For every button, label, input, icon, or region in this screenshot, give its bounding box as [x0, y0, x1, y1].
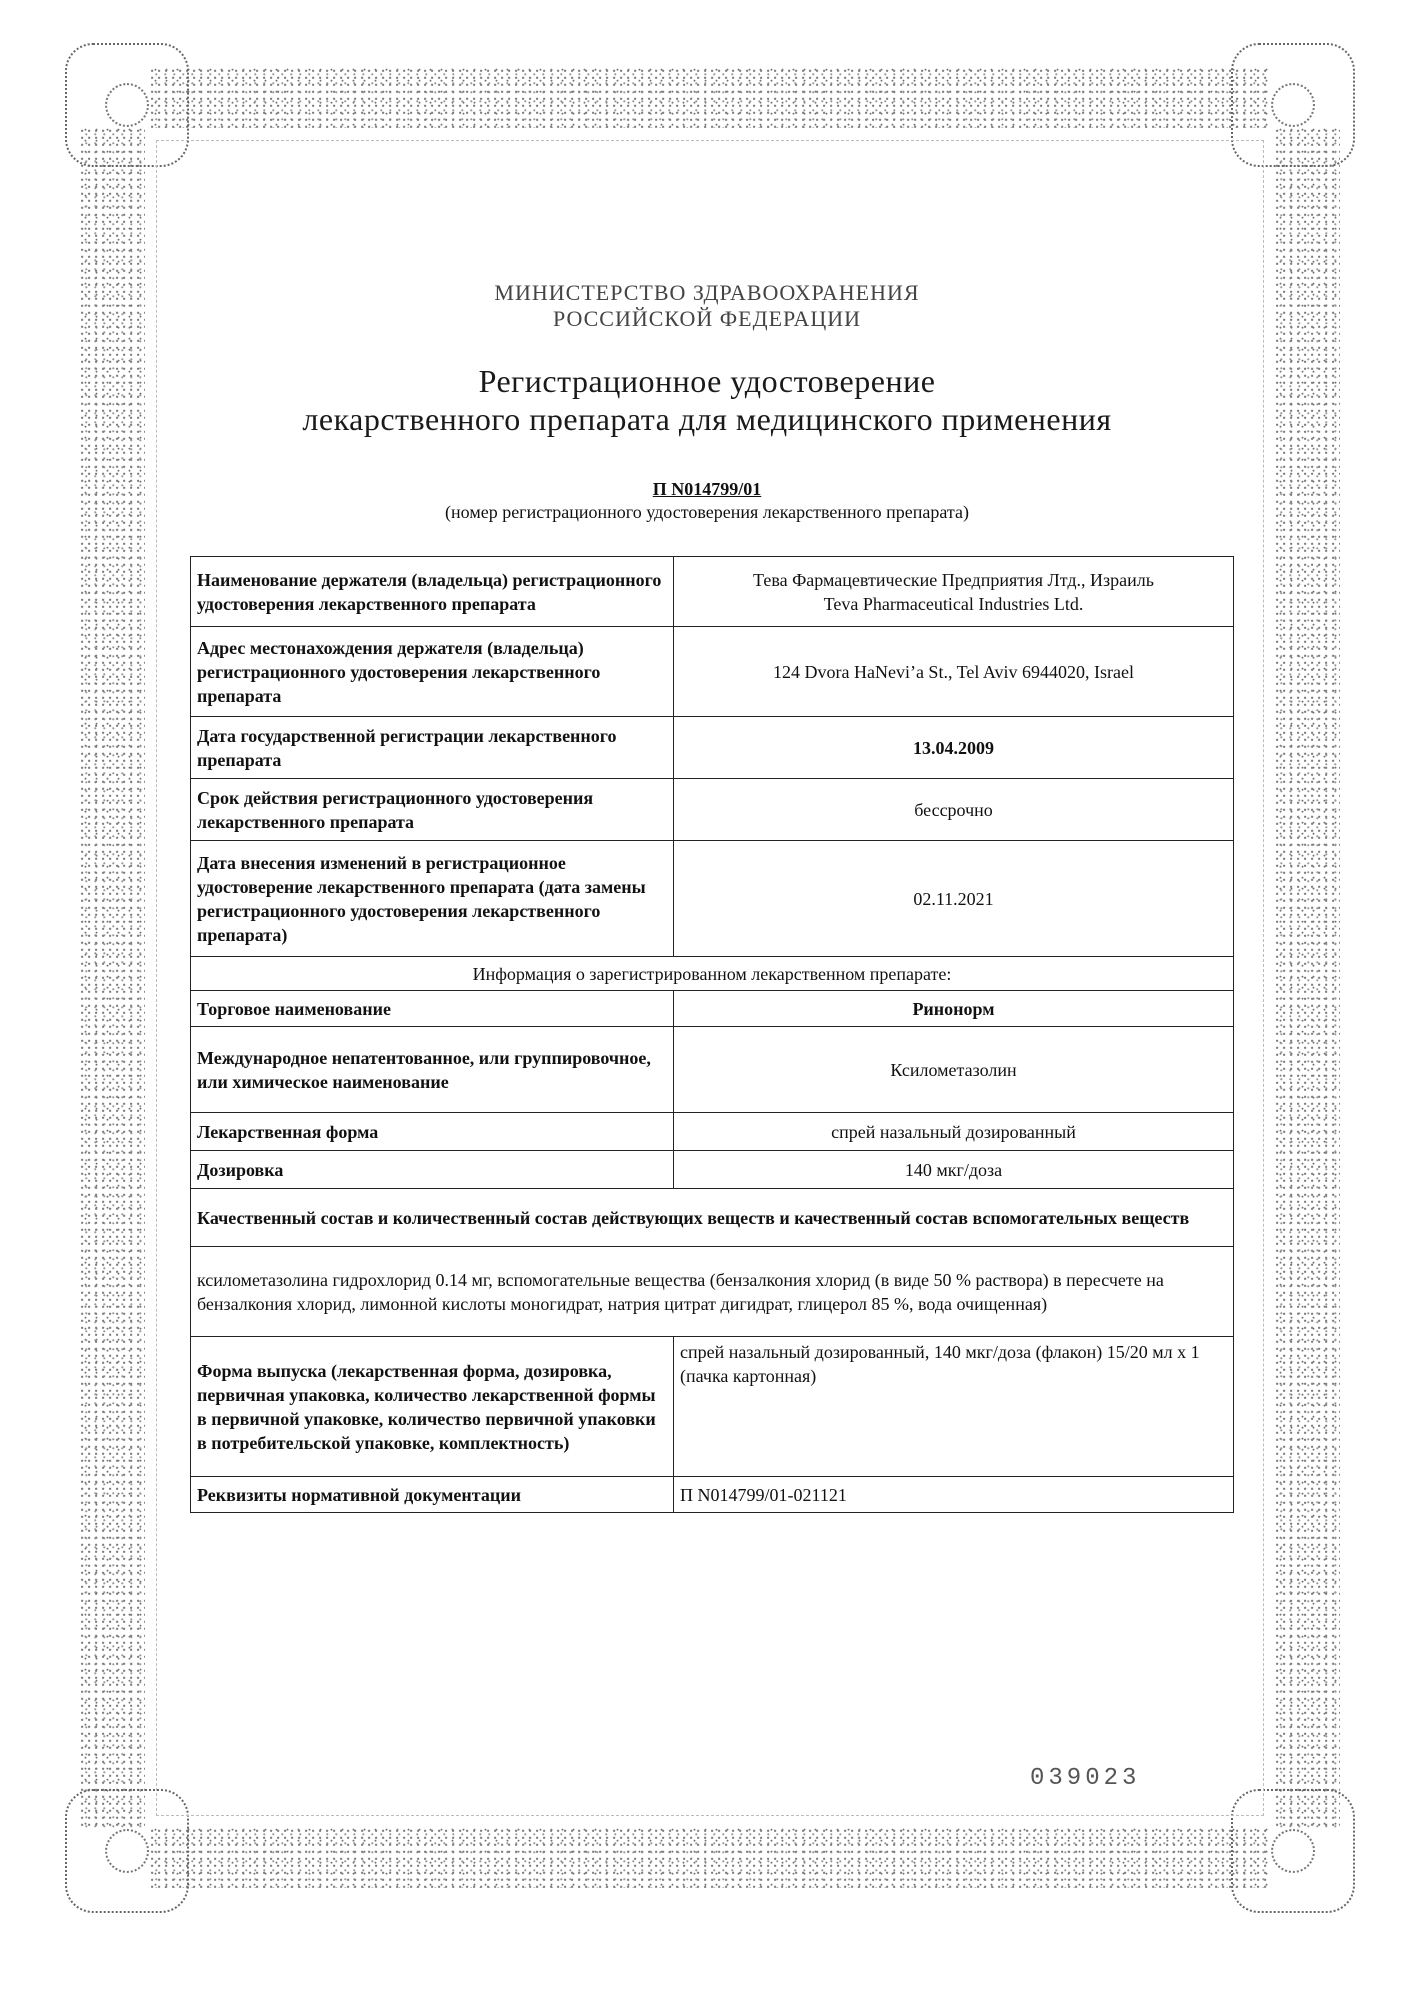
trade-name-label: Торговое наименование [191, 991, 674, 1027]
dosage-value: 140 мкг/доза [674, 1151, 1234, 1189]
table-row: Торговое наименование Ринонорм [191, 991, 1234, 1027]
holder-name-ru: Тева Фармацевтические Предприятия Лтд., … [680, 568, 1227, 592]
corner-rosette-icon [1231, 1789, 1355, 1913]
table-row: Реквизиты нормативной документации П N01… [191, 1477, 1234, 1513]
release-form-label: Форма выпуска (лекарственная форма, дози… [191, 1337, 674, 1477]
dosage-label: Дозировка [191, 1151, 674, 1189]
registration-date-value: 13.04.2009 [674, 717, 1234, 779]
table-row: Форма выпуска (лекарственная форма, дози… [191, 1337, 1234, 1477]
table-row: Лекарственная форма спрей назальный дози… [191, 1113, 1234, 1151]
registration-number: П N014799/01 [0, 479, 1414, 500]
normative-docs-label: Реквизиты нормативной документации [191, 1477, 674, 1513]
table-row: Дозировка 140 мкг/доза [191, 1151, 1234, 1189]
corner-rosette-icon [65, 1789, 189, 1913]
dosage-form-label: Лекарственная форма [191, 1113, 674, 1151]
trade-name-value: Ринонорм [674, 991, 1234, 1027]
change-date-value: 02.11.2021 [674, 841, 1234, 957]
ministry-line-1: МИНИСТЕРСТВО ЗДРАВООХРАНЕНИЯ [0, 280, 1414, 306]
ministry-line-2: РОССИЙСКОЙ ФЕДЕРАЦИИ [0, 306, 1414, 332]
table-row: Информация о зарегистрированном лекарств… [191, 957, 1234, 991]
border-top-ornament [150, 68, 1270, 128]
composition-heading: Качественный состав и количественный сос… [191, 1189, 1234, 1247]
composition-text: ксилометазолина гидрохлорид 0.14 мг, всп… [191, 1247, 1234, 1337]
registration-number-caption: (номер регистрационного удостоверения ле… [0, 502, 1414, 523]
border-bottom-ornament [150, 1828, 1270, 1888]
validity-value: бессрочно [674, 779, 1234, 841]
validity-label: Срок действия регистрационного удостовер… [191, 779, 674, 841]
inn-value: Ксилометазолин [674, 1027, 1234, 1113]
table-row: Дата внесения изменений в регистрационно… [191, 841, 1234, 957]
holder-address-value: 124 Dvora HaNevi’a St., Tel Aviv 6944020… [674, 627, 1234, 717]
holder-name-en: Teva Pharmaceutical Industries Ltd. [680, 592, 1227, 616]
form-serial-number: 039023 [1030, 1765, 1140, 1792]
table-row: Качественный состав и количественный сос… [191, 1189, 1234, 1247]
table-row: Срок действия регистрационного удостовер… [191, 779, 1234, 841]
product-info-heading: Информация о зарегистрированном лекарств… [191, 957, 1234, 991]
table-row: ксилометазолина гидрохлорид 0.14 мг, всп… [191, 1247, 1234, 1337]
table-row: Международное непатентованное, или групп… [191, 1027, 1234, 1113]
certificate-table: Наименование держателя (владельца) регис… [190, 556, 1234, 1513]
release-form-value: спрей назальный дозированный, 140 мкг/до… [674, 1337, 1234, 1477]
holder-name-value: Тева Фармацевтические Предприятия Лтд., … [674, 557, 1234, 627]
corner-rosette-icon [1231, 43, 1355, 167]
corner-rosette-icon [65, 43, 189, 167]
title-line-1: Регистрационное удостоверение [0, 362, 1414, 400]
holder-name-label: Наименование держателя (владельца) регис… [191, 557, 674, 627]
table-row: Дата государственной регистрации лекарст… [191, 717, 1234, 779]
dosage-form-value: спрей назальный дозированный [674, 1113, 1234, 1151]
inn-label: Международное непатентованное, или групп… [191, 1027, 674, 1113]
holder-address-label: Адрес местонахождения держателя (владель… [191, 627, 674, 717]
title-line-2: лекарственного препарата для медицинског… [0, 400, 1414, 438]
document-title: Регистрационное удостоверение лекарствен… [0, 362, 1414, 438]
registration-date-label: Дата государственной регистрации лекарст… [191, 717, 674, 779]
table-row: Наименование держателя (владельца) регис… [191, 557, 1234, 627]
normative-docs-value: П N014799/01-021121 [674, 1477, 1234, 1513]
table-row: Адрес местонахождения держателя (владель… [191, 627, 1234, 717]
change-date-label: Дата внесения изменений в регистрационно… [191, 841, 674, 957]
ministry-heading: МИНИСТЕРСТВО ЗДРАВООХРАНЕНИЯ РОССИЙСКОЙ … [0, 280, 1414, 332]
